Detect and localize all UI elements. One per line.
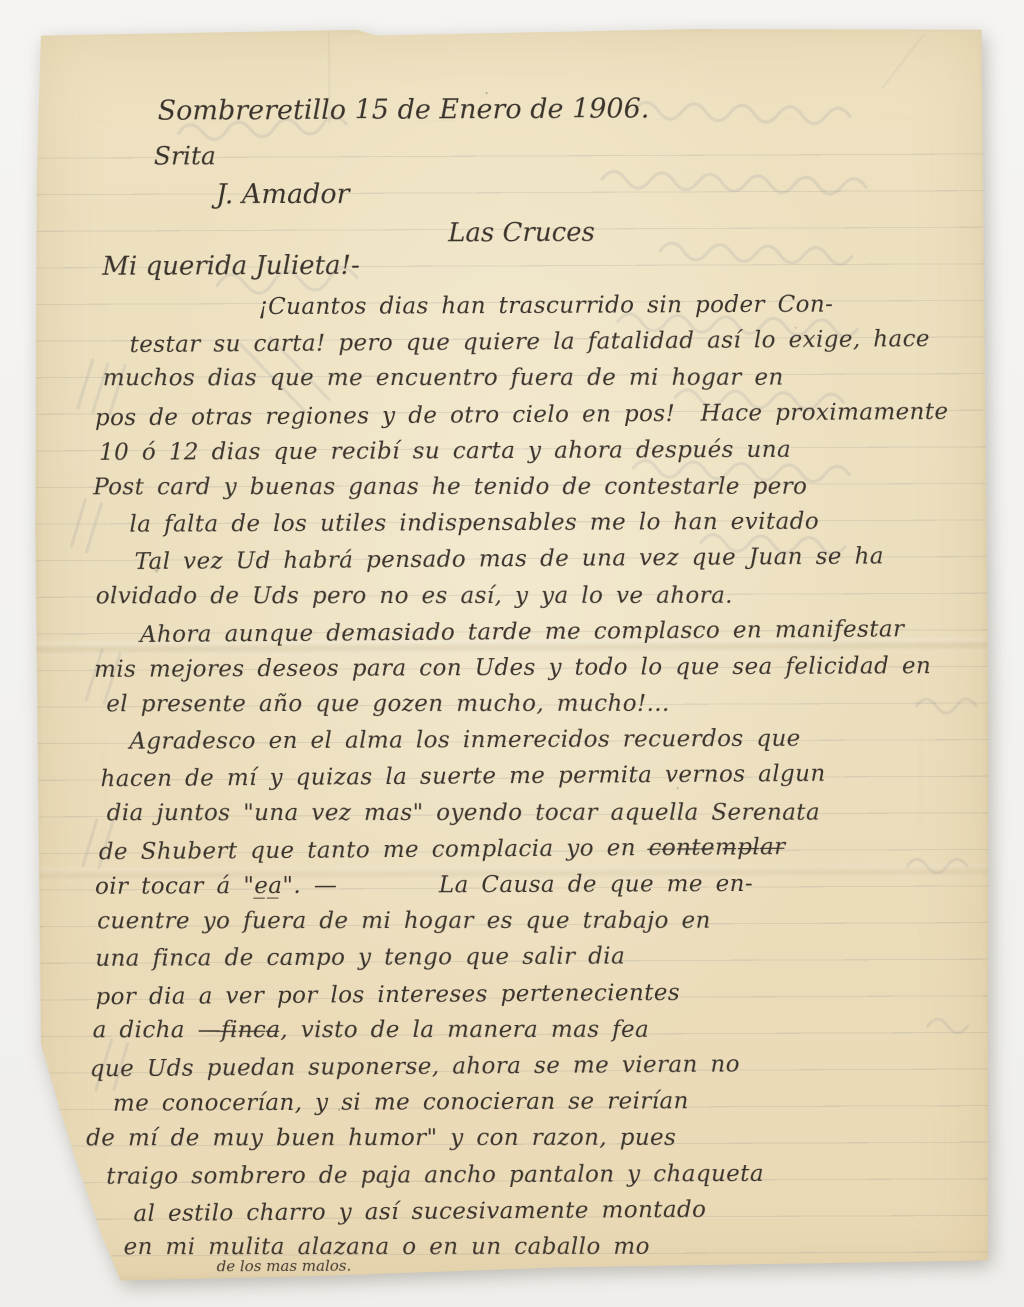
recipient-city: Las Cruces xyxy=(448,218,595,249)
letter-line: traigo sombrero de paja ancho pantalon y… xyxy=(106,1156,984,1196)
letter-line: oir tocar á "e̲a̲". — La Causa de que me… xyxy=(95,867,983,907)
corner-fold-crease xyxy=(880,33,925,90)
letter-line: 10 ó 12 dias que recibí su carta y ahora… xyxy=(99,433,981,473)
letter-line: por dia a ver por los intereses pertenec… xyxy=(95,974,983,1017)
letter-line: Agradesco en el alma los inmerecidos rec… xyxy=(129,722,982,762)
letter-line: mis mejores deseos para con Udes y todo … xyxy=(94,650,982,690)
letter-line: me conocerían, y si me conocieran se rei… xyxy=(113,1084,984,1124)
letter-scan: Sombreretillo 15 de Enero de 1906. Srita… xyxy=(36,28,988,1280)
letter-line: testar su carta! pero que quiere la fata… xyxy=(130,323,981,366)
letter-place-date: Sombreretillo 15 de Enero de 1906. xyxy=(158,93,650,126)
paper-specks xyxy=(33,30,35,32)
letter-line: al estilo charro y así sucesivamente mon… xyxy=(133,1191,984,1234)
letter-line: muchos dias que me encuentro fuera de mi… xyxy=(103,362,981,399)
letter-line: a dicha —f̶i̶n̶c̶a̶, visto de la manera … xyxy=(93,1013,984,1050)
letter-line: de mí de muy buen humor" y con razon, pu… xyxy=(86,1122,984,1159)
letter-line: que Uds puedan suponerse, ahora se me vi… xyxy=(90,1046,984,1089)
letter-line: Ahora aunque demasiado tarde me complasc… xyxy=(140,612,982,655)
letter-line: una finca de campo y tengo que salir dia xyxy=(95,939,983,979)
letter-line: olvidado de Uds pero no es así, y ya lo … xyxy=(96,579,982,616)
letter-line: ¡Cuantos dias han trascurrido sin poder … xyxy=(258,288,980,327)
recipient-title: Srita xyxy=(154,141,216,170)
letter-line: Tal vez Ud habrá pensado mas de una vez … xyxy=(134,540,981,583)
letter-line: hacen de mí y quizas la suerte me permit… xyxy=(100,757,982,800)
letter-line: de Shubert que tanto me complacia yo en … xyxy=(99,829,983,872)
letter-line: el presente año que gozen mucho, mucho!.… xyxy=(106,688,982,725)
letter-postscript: de los mas malos. xyxy=(217,1257,352,1276)
letter-body-lines: ¡Cuantos dias han trascurrido sin poder … xyxy=(34,288,984,1269)
letter-line: pos de otras regiones y de otro cielo en… xyxy=(95,395,981,438)
document-page: Sombreretillo 15 de Enero de 1906. Srita… xyxy=(33,26,990,1282)
letter-salutation: Mi querida Julieta!- xyxy=(102,251,360,282)
letter-line: la falta de los utiles indispensables me… xyxy=(129,505,981,545)
recipient-name: J. Amador xyxy=(216,179,350,211)
letter-line: Post card y buenas ganas he tenido de co… xyxy=(93,470,981,507)
letter-line: cuentre yo fuera de mi hogar es que trab… xyxy=(97,905,983,942)
letter-line: dia juntos "una vez mas" oyendo tocar aq… xyxy=(107,796,983,833)
